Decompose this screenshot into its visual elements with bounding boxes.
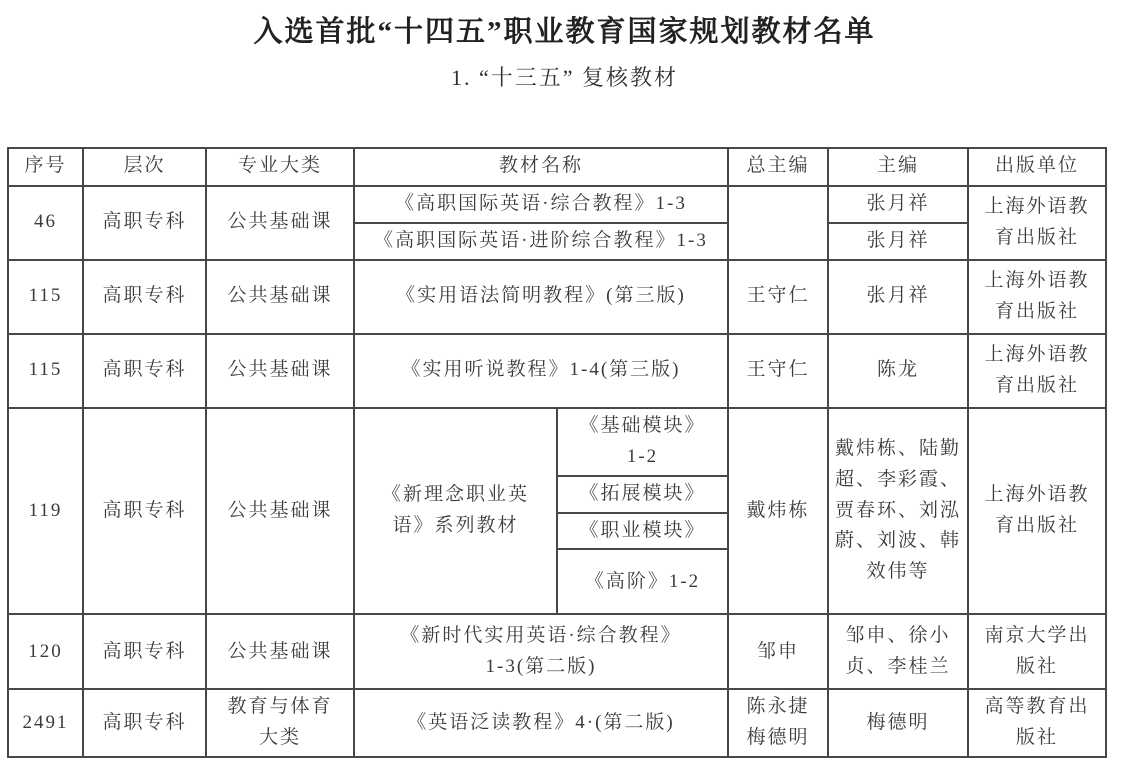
cell-chief-editor: 王守仁 [728,334,828,408]
table-row-2491: 2491 高职专科 教育与体育 大类 《英语泛读教程》4·(第二版) 陈永捷 梅… [8,689,1106,757]
cell-publisher: 上海外语教 育出版社 [968,186,1106,260]
cell-editor: 张月祥 [828,260,968,334]
cell-serial: 115 [8,260,83,334]
cell-category: 公共基础课 [206,186,354,260]
cell-chief-editor: 邹申 [728,614,828,689]
table-header-row: 序号 层次 专业大类 教材名称 总主编 主编 出版单位 [8,148,1106,186]
col-header-chief-editor: 总主编 [728,148,828,186]
cell-book-series-name: 《新理念职业英 语》系列教材 [354,408,557,615]
cell-level: 高职专科 [83,334,206,408]
table-row-119a: 119 高职专科 公共基础课 《新理念职业英 语》系列教材 《基础模块》 1-2… [8,408,1106,476]
cell-publisher: 上海外语教 育出版社 [968,260,1106,334]
table-row-115a: 115 高职专科 公共基础课 《实用语法简明教程》(第三版) 王守仁 张月祥 上… [8,260,1106,334]
table-row-115b: 115 高职专科 公共基础课 《实用听说教程》1-4(第三版) 王守仁 陈龙 上… [8,334,1106,408]
cell-serial: 2491 [8,689,83,757]
cell-publisher: 上海外语教 育出版社 [968,408,1106,615]
col-header-serial: 序号 [8,148,83,186]
cell-editor: 张月祥 [828,186,968,223]
cell-chief-editor: 戴炜栋 [728,408,828,615]
cell-book-module: 《基础模块》 1-2 [557,408,728,476]
cell-publisher: 上海外语教 育出版社 [968,334,1106,408]
cell-serial: 120 [8,614,83,689]
cell-chief-editor [728,186,828,260]
cell-category: 教育与体育 大类 [206,689,354,757]
cell-book-module: 《拓展模块》 [557,476,728,513]
document-page: 入选首批“十四五”职业教育国家规划教材名单 1. “十三五” 复核教材 序号 层… [0,0,1129,758]
col-header-publisher: 出版单位 [968,148,1106,186]
cell-category: 公共基础课 [206,408,354,615]
cell-book-name: 《实用语法简明教程》(第三版) [354,260,728,334]
page-subtitle: 1. “十三五” 复核教材 [0,65,1129,91]
cell-level: 高职专科 [83,689,206,757]
col-header-level: 层次 [83,148,206,186]
cell-book-name: 《英语泛读教程》4·(第二版) [354,689,728,757]
cell-book-name: 《高职国际英语·进阶综合教程》1-3 [354,223,728,260]
cell-category: 公共基础课 [206,260,354,334]
cell-editor: 邹申、徐小贞、李桂兰 [828,614,968,689]
cell-editor: 梅德明 [828,689,968,757]
cell-book-name: 《实用听说教程》1-4(第三版) [354,334,728,408]
cell-chief-editor: 陈永捷 梅德明 [728,689,828,757]
cell-level: 高职专科 [83,186,206,260]
cell-editor: 陈龙 [828,334,968,408]
col-header-category: 专业大类 [206,148,354,186]
cell-category: 公共基础课 [206,614,354,689]
cell-chief-editor: 王守仁 [728,260,828,334]
cell-book-name: 《高职国际英语·综合教程》1-3 [354,186,728,223]
table-row-120: 120 高职专科 公共基础课 《新时代实用英语·综合教程》 1-3(第二版) 邹… [8,614,1106,689]
cell-book-name: 《新时代实用英语·综合教程》 1-3(第二版) [354,614,728,689]
cell-serial: 115 [8,334,83,408]
cell-level: 高职专科 [83,408,206,615]
cell-level: 高职专科 [83,614,206,689]
cell-editor: 戴炜栋、陆勤超、李彩霞、贾春环、刘泓蔚、刘波、韩效伟等 [828,408,968,615]
cell-serial: 46 [8,186,83,260]
cell-publisher: 高等教育出 版社 [968,689,1106,757]
cell-category: 公共基础课 [206,334,354,408]
textbook-table: 序号 层次 专业大类 教材名称 总主编 主编 出版单位 46 高职专科 公共基础… [7,147,1107,758]
table-row-46a: 46 高职专科 公共基础课 《高职国际英语·综合教程》1-3 张月祥 上海外语教… [8,186,1106,223]
page-title: 入选首批“十四五”职业教育国家规划教材名单 [0,14,1129,50]
cell-serial: 119 [8,408,83,615]
cell-book-module: 《高阶》1-2 [557,549,728,614]
cell-level: 高职专科 [83,260,206,334]
col-header-book-name: 教材名称 [354,148,728,186]
cell-publisher: 南京大学出 版社 [968,614,1106,689]
cell-editor: 张月祥 [828,223,968,260]
col-header-editor: 主编 [828,148,968,186]
cell-book-module: 《职业模块》 [557,513,728,550]
